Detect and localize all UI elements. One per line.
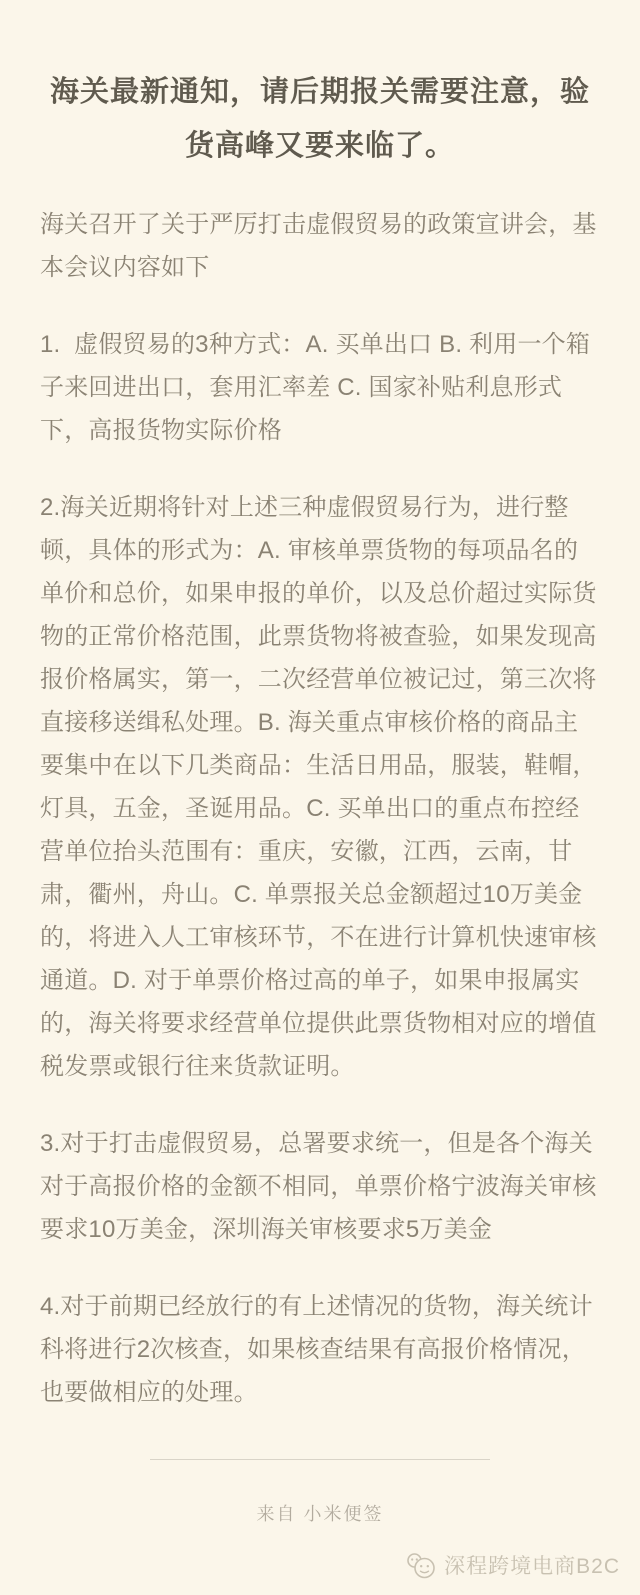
- note-paragraph-item1: 1. 虚假贸易的3种方式：A. 买单出口 B. 利用一个箱子来回进出口，套用汇率…: [40, 323, 600, 452]
- note-paragraph-item2: 2.海关近期将针对上述三种虚假贸易行为，进行整顿，具体的形式为：A. 审核单票货…: [40, 486, 600, 1088]
- note-paragraph-item4: 4.对于前期已经放行的有上述情况的货物，海关统计科将进行2次核查，如果核查结果有…: [40, 1285, 600, 1414]
- footer-divider: [150, 1459, 490, 1460]
- note-paragraph-item3: 3.对于打击虚假贸易，总署要求统一，但是各个海关对于高报价格的金额不相同，单票价…: [40, 1122, 600, 1251]
- watermark-label: 深程跨境电商B2C: [444, 1550, 620, 1580]
- chat-faces-icon: [405, 1552, 439, 1579]
- note-paragraph-intro: 海关召开了关于严厉打击虚假贸易的政策宣讲会，基本会议内容如下: [40, 203, 600, 289]
- note-title: 海关最新通知，请后期报关需要注意，验货高峰又要来临了。: [40, 65, 600, 173]
- watermark: 深程跨境电商B2C: [405, 1550, 620, 1580]
- source-attribution: 来自 小米便签: [40, 1502, 600, 1526]
- note-card: 海关最新通知，请后期报关需要注意，验货高峰又要来临了。 海关召开了关于严厉打击虚…: [0, 0, 640, 1595]
